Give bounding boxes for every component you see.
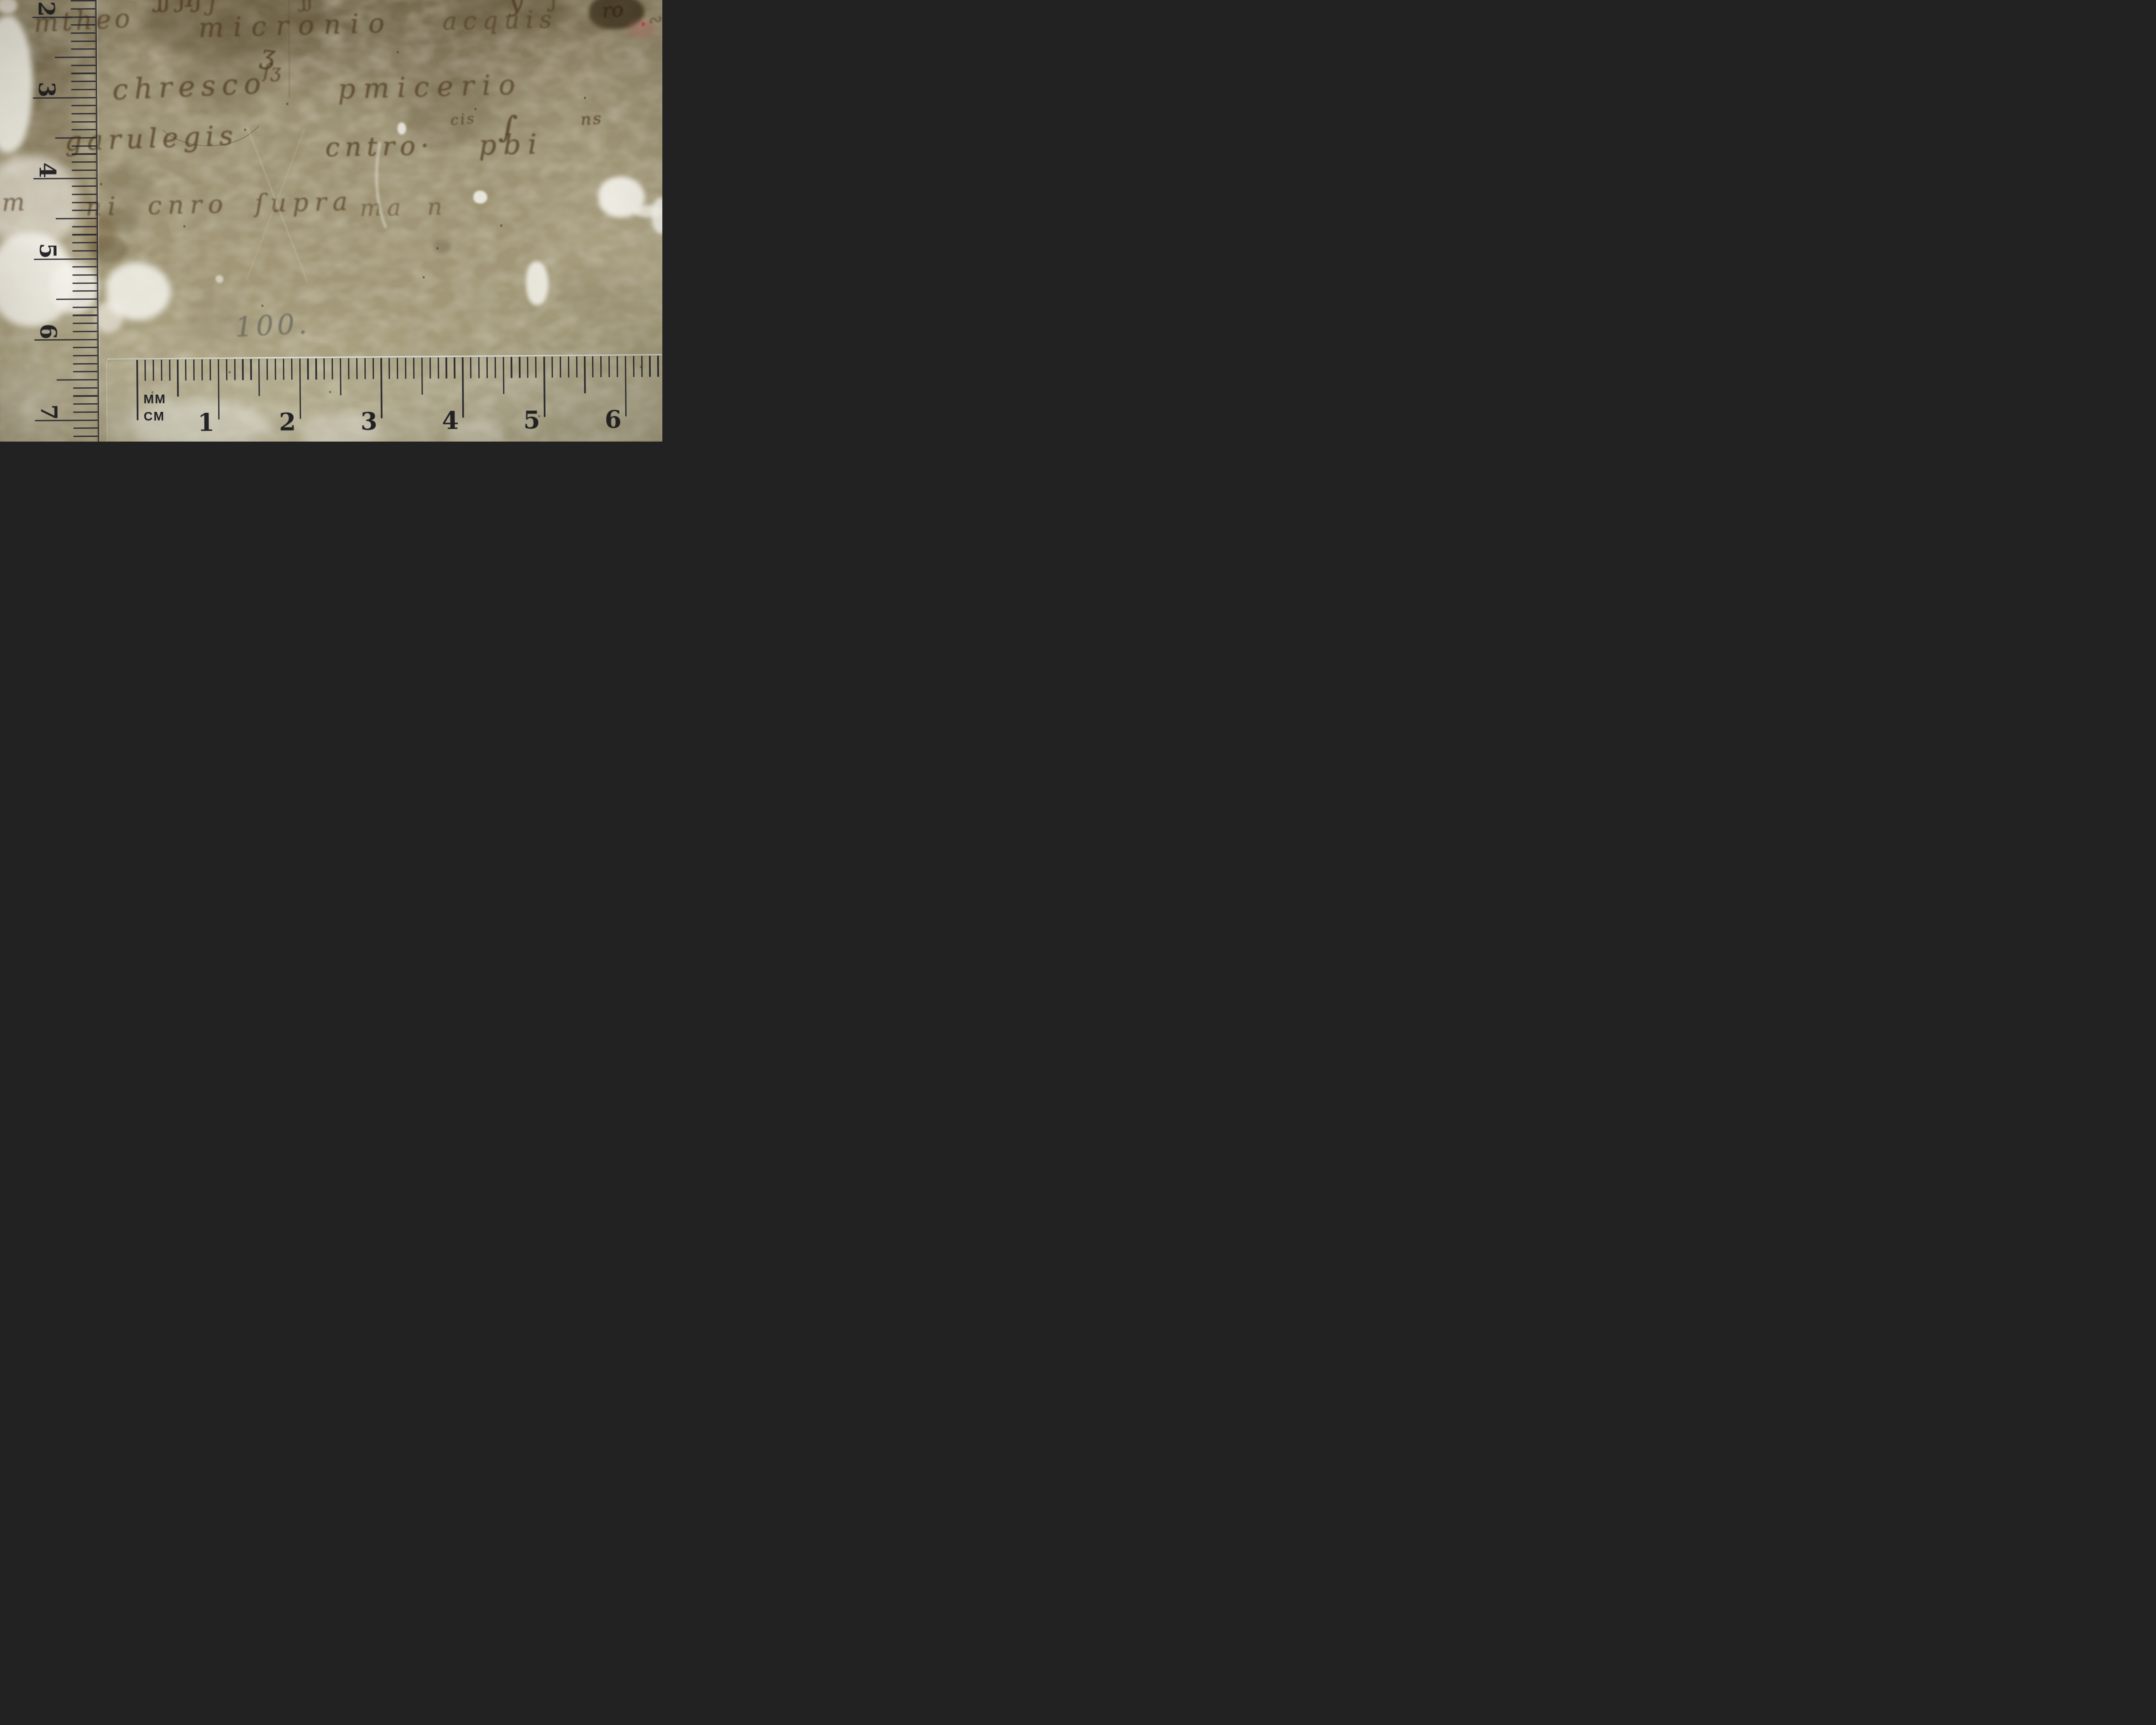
handwriting-segment: ni cnro ſupra	[85, 188, 354, 219]
vertical-ruler-tick-mm	[73, 331, 97, 332]
horizontal-ruler-unit-cm: CM	[144, 411, 165, 423]
vertical-ruler-tick-mm	[73, 411, 98, 413]
horizontal-ruler-tick-mm	[429, 358, 431, 379]
handwriting-segment: cntro·	[325, 133, 434, 160]
horizontal-ruler-tick-mm	[519, 357, 520, 378]
handwriting-fragment-cropped: y	[507, 0, 525, 16]
horizontal-ruler-tick-mm	[608, 356, 610, 377]
vertical-ruler-tick-mm	[71, 48, 96, 50]
horizontal-ruler-tick-mm	[250, 359, 252, 380]
horizontal-ruler-tick-cm	[218, 359, 220, 420]
horizontal-ruler-tick-mm	[348, 358, 350, 379]
vertical-ruler-tick-mm	[71, 41, 96, 42]
vertical-ruler-tick-mm	[73, 403, 98, 405]
horizontal-ruler-tick-mm	[193, 359, 195, 380]
vertical-ruler-tick-half	[56, 298, 97, 300]
vertical-ruler-tick-mm	[72, 161, 96, 163]
horizontal-ruler-tick-mm	[364, 358, 366, 379]
horizontal-ruler-tick-mm	[332, 358, 333, 379]
vertical-ruler-tick-mm	[72, 226, 97, 228]
vertical-ruler-tick-mm	[71, 24, 95, 26]
horizontal-ruler-tick-mm	[307, 358, 309, 379]
horizontal-ruler-tick-mm	[486, 357, 488, 378]
vertical-ruler-tick-mm	[72, 290, 97, 292]
horizontal-ruler-tick-cm	[380, 358, 382, 418]
horizontal-ruler-tick-mm	[560, 357, 561, 378]
horizontal-ruler-tick-mm	[169, 360, 171, 381]
horizontal-ruler-tick-mm	[568, 357, 570, 378]
handwriting-segment: micronio	[198, 9, 394, 41]
horizontal-ruler-tick-mm	[552, 357, 553, 378]
vertical-ruler-tick-mm	[72, 266, 97, 268]
horizontal-ruler-tick-cm	[136, 360, 138, 420]
horizontal-ruler-tick-mm	[210, 359, 211, 380]
handwriting-segment: chresco	[112, 69, 267, 104]
vertical-ruler-tick-mm	[73, 436, 98, 437]
horizontal-ruler-tick-mm	[641, 356, 643, 377]
horizontal-ruler-tick-mm	[657, 356, 659, 377]
vertical-ruler-number: 7	[35, 404, 62, 420]
vertical-ruler-tick-half	[56, 379, 97, 381]
horizontal-ruler-tick-mm	[576, 356, 578, 377]
vertical-ruler-tick-mm	[71, 105, 96, 107]
handwriting-fragment-cropped: ʃ	[551, 0, 557, 10]
vertical-ruler-tick-mm	[72, 113, 96, 115]
horizontal-ruler-tick-mm	[356, 358, 358, 379]
vertical-ruler-number: 5	[34, 243, 61, 259]
photograph-manuscript-with-rulers: mtheomicronioacquischrescopmiceriogarule…	[0, 0, 662, 442]
horizontal-ruler-tick-mm	[323, 358, 325, 379]
vertical-ruler-tick-mm	[71, 8, 95, 10]
horizontal-ruler-tick-mm	[527, 357, 529, 378]
handwriting-segment: ſʒ	[263, 62, 282, 80]
horizontal-ruler-tick-mm	[470, 357, 472, 378]
vertical-ruler-tick-mm	[72, 314, 97, 316]
horizontal-ruler-tick-mm	[315, 358, 317, 379]
horizontal-ruler-tick-mm	[275, 359, 276, 380]
vertical-ruler-tick-mm	[72, 169, 96, 171]
vertical-ruler-tick-mm	[73, 427, 98, 429]
vertical-ruler-tick-mm	[72, 210, 97, 211]
vertical-ruler-tick-mm	[73, 387, 97, 389]
vertical-ruler-tick-mm	[72, 185, 97, 187]
horizontal-ruler-tick-mm	[226, 359, 228, 380]
horizontal-ruler-tick-mm	[201, 359, 203, 380]
vertical-ruler-tick-mm	[71, 81, 96, 82]
vertical-ruler-tick-mm	[72, 250, 97, 252]
vertical-ruler-tick-mm	[72, 274, 97, 276]
vertical-ruler-tick-mm	[72, 242, 97, 244]
handwriting-fragment-cropped: ʃʃ ʃΙʃ	[157, 0, 202, 10]
vertical-ruler-tick-mm	[72, 282, 97, 284]
horizontal-ruler-number: 5	[523, 406, 540, 434]
vertical-ruler-number: 3	[34, 82, 60, 97]
horizontal-ruler-tick-half	[340, 358, 342, 395]
horizontal-ruler-tick-mm	[283, 359, 285, 380]
horizontal-ruler-tick-cm	[625, 356, 627, 417]
horizontal-ruler: MM CM 123456	[106, 354, 662, 442]
vertical-ruler-tick-mm	[73, 355, 97, 357]
horizontal-ruler-tick-cm	[543, 357, 545, 417]
horizontal-ruler-number: 4	[442, 407, 459, 435]
vertical-ruler-tick-half	[56, 218, 97, 220]
horizontal-ruler-unit-mm: MM	[144, 393, 166, 406]
horizontal-ruler-tick-mm	[397, 358, 398, 379]
horizontal-ruler-tick-mm	[511, 357, 512, 378]
horizontal-ruler-tick-mm	[445, 358, 447, 379]
horizontal-ruler-tick-mm	[144, 360, 146, 381]
horizontal-ruler-tick-mm	[600, 356, 602, 377]
vertical-ruler-tick-mm	[73, 371, 97, 373]
handwriting-segment: pmicerio	[337, 71, 523, 103]
vertical-ruler-tick-mm	[72, 234, 97, 235]
vertical-ruler-number: 2	[33, 1, 59, 17]
vertical-ruler-tick-mm	[72, 202, 97, 204]
horizontal-ruler-tick-half	[421, 358, 423, 395]
pencil-inventory-number: 100.	[234, 310, 311, 342]
horizontal-ruler-tick-mm	[373, 358, 374, 379]
horizontal-ruler-number: 6	[605, 405, 621, 434]
vertical-ruler-number: 6	[35, 323, 61, 339]
horizontal-ruler-number: 3	[360, 407, 377, 436]
horizontal-ruler-tick-half	[503, 357, 505, 394]
horizontal-ruler-tick-mm	[234, 359, 236, 380]
horizontal-ruler-tick-mm	[633, 356, 635, 377]
vertical-ruler-tick-mm	[72, 194, 97, 195]
vertical-ruler-tick-mm	[72, 129, 96, 131]
vertical-ruler-tick-half	[55, 137, 96, 139]
handwriting-fragment-cropped: ∾	[646, 10, 662, 29]
horizontal-ruler-tick-mm	[291, 359, 293, 380]
horizontal-ruler-tick-mm	[592, 356, 594, 377]
horizontal-ruler-tick-mm	[649, 356, 651, 377]
handwriting-fragment-cropped: ʃʃ	[300, 0, 313, 10]
horizontal-ruler-tick-mm	[266, 359, 268, 380]
horizontal-ruler-number: 1	[197, 408, 214, 437]
horizontal-ruler-tick-mm	[185, 360, 187, 381]
vertical-ruler-tick-half	[55, 56, 96, 58]
horizontal-ruler-tick-half	[584, 356, 586, 393]
vertical-ruler-tick-mm	[72, 153, 96, 155]
horizontal-ruler-tick-mm	[405, 358, 407, 379]
horizontal-ruler-tick-mm	[478, 357, 480, 378]
vertical-ruler: 234567	[0, 0, 99, 442]
horizontal-ruler-tick-cm	[462, 357, 464, 417]
vertical-ruler-tick-mm	[73, 347, 97, 348]
horizontal-ruler-tick-mm	[617, 356, 618, 377]
horizontal-ruler-tick-mm	[161, 360, 163, 381]
handwriting-fragment-cropped: ro	[601, 0, 624, 21]
handwriting-segment: ns	[580, 110, 604, 128]
horizontal-ruler-tick-half	[177, 360, 179, 397]
vertical-ruler-tick-mm	[71, 32, 95, 34]
vertical-ruler-tick-mm	[72, 145, 96, 147]
handwriting-segment: acquis	[442, 8, 558, 34]
horizontal-ruler-tick-mm	[389, 358, 390, 379]
horizontal-ruler-tick-mm	[495, 357, 496, 378]
vertical-ruler-tick-mm	[71, 72, 96, 74]
vertical-ruler-tick-mm	[73, 363, 97, 365]
horizontal-ruler-tick-mm	[153, 360, 154, 381]
vertical-ruler-tick-mm	[72, 307, 97, 308]
vertical-ruler-tick-mm	[71, 89, 96, 91]
vertical-ruler-tick-mm	[73, 395, 98, 397]
horizontal-ruler-tick-mm	[454, 358, 455, 379]
vertical-ruler-tick-mm	[72, 121, 96, 123]
vertical-ruler-tick-mm	[71, 0, 95, 2]
vertical-ruler-tick-mm	[73, 323, 97, 324]
horizontal-ruler-tick-mm	[438, 358, 439, 379]
horizontal-ruler-tick-cm	[299, 358, 301, 419]
horizontal-ruler-number: 2	[279, 408, 296, 436]
horizontal-ruler-tick-mm	[413, 358, 415, 379]
horizontal-ruler-tick-mm	[535, 357, 537, 378]
handwriting-segment: cis	[450, 111, 476, 128]
handwriting-segment: ma n	[360, 195, 448, 220]
horizontal-ruler-tick-half	[258, 359, 260, 396]
vertical-ruler-tick-mm	[71, 65, 96, 66]
horizontal-ruler-tick-mm	[242, 359, 244, 380]
vertical-ruler-number: 4	[34, 162, 60, 178]
